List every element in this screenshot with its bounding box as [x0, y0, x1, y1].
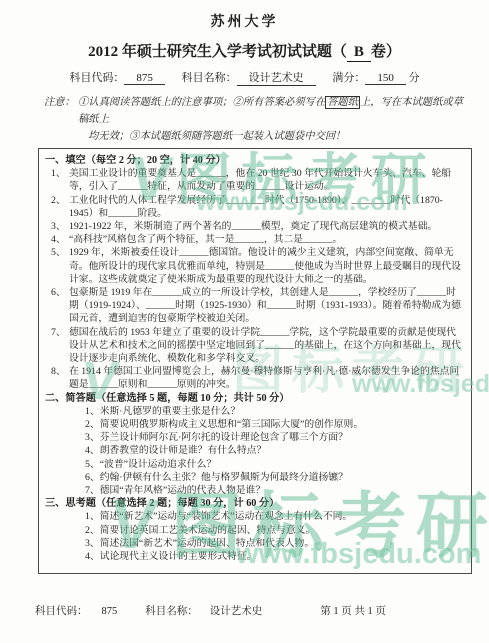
exam-title-suffix: 卷） — [371, 44, 401, 60]
question-text: 美国工业设计的重要奠基人是______，他在 20 世纪 30 年代开始设计火车… — [69, 167, 465, 193]
notice-line-2: 均无效；③本试题纸须随答题纸一起装入试题袋中交回！ — [78, 128, 463, 145]
footer-subject-name-label: 科目名称： — [145, 603, 198, 618]
question-number: 2、 — [79, 524, 100, 537]
question-number: 8、 — [45, 365, 69, 391]
question-number: 6、 — [79, 471, 100, 484]
footer-subject-code-label: 科目代码： — [35, 603, 88, 618]
question-text: 工业化时代的人体工程学发展经历了________时代（1750-1890）、__… — [69, 194, 465, 220]
fill-question-6: 6、 包豪斯是 1919 年在______成立的一所设计学校，其创建人是____… — [45, 286, 465, 326]
footer-subject-name-value: 设计艺术史 — [210, 603, 263, 618]
question-number: 7、 — [79, 484, 100, 497]
question-text: 简述法国“新艺术”运动的起因、特点和代表人物。 — [100, 537, 465, 550]
essay-question-2: 2、 简要讨论英国工艺美术运动的起因、特点与意义。 — [45, 524, 465, 537]
question-number: 2、 — [45, 194, 69, 220]
question-text: 德国在战后的 1953 年建立了重要的设计学院______学院，这个学院最重要的… — [69, 326, 465, 366]
full-score-value: 150 — [365, 72, 406, 85]
question-number: 7、 — [45, 326, 69, 366]
question-number: 1、 — [45, 167, 69, 193]
fill-question-3: 3、 1921-1922 年，米斯制造了两个著名的______模型，奠定了现代高… — [45, 220, 465, 233]
short-answer-question-2: 2、 简要说明俄罗斯构成主义思想和“第三国际大厦”的创作原则。 — [45, 418, 465, 431]
question-number: 6、 — [45, 286, 69, 326]
paper-variant: B — [347, 44, 371, 62]
essay-question-3: 3、 简述法国“新艺术”运动的起因、特点和代表人物。 — [45, 537, 465, 550]
fill-question-7: 7、 德国在战后的 1953 年建立了重要的设计学院______学院，这个学院最… — [45, 326, 465, 366]
question-number: 1、 — [79, 510, 100, 523]
question-text: “波普”设计运动追求什么？ — [100, 458, 465, 471]
question-number: 3、 — [79, 431, 100, 444]
question-area: 一、填空（每空 2 分；20 空，计 40 分） 1、 美国工业设计的重要奠基人… — [38, 148, 472, 574]
question-number: 4、 — [79, 550, 100, 563]
question-text: 试论现代主义设计的主要形式特征。 — [100, 550, 465, 563]
question-text: 简要说明俄罗斯构成主义思想和“第三国际大厦”的创作原则。 — [100, 418, 465, 431]
question-text: 包豪斯是 1919 年在______成立的一所设计学校，其创建人是______，… — [69, 286, 465, 326]
question-number: 4、 — [45, 233, 69, 246]
question-text: 1921-1922 年，米斯制造了两个著名的______模型，奠定了现代高层建筑… — [69, 220, 465, 233]
question-number: 5、 — [45, 246, 69, 286]
question-text: 简述“新艺术”运动与“装饰艺术”运动在观念上有什么不同。 — [100, 510, 465, 523]
question-text: “高科技”风格包含了两个特征，其一是______，其二是______。 — [69, 233, 465, 246]
subject-code-label: 科目代码： — [69, 72, 124, 84]
question-number: 5、 — [79, 458, 100, 471]
question-text: 简要讨论英国工艺美术运动的起因、特点与意义。 — [100, 524, 465, 537]
section-3-heading: 三、思考题（任意选择 2 题；每题 30 分，计 60 分） — [45, 497, 465, 510]
fill-question-4: 4、 “高科技”风格包含了两个特征，其一是______，其二是______。 — [45, 233, 465, 246]
score-unit: 分 — [409, 72, 420, 84]
fill-question-5: 5、 1929 年，米斯被委任设计______德国馆。他设计的减少主义建筑，内部… — [45, 246, 465, 286]
short-answer-question-5: 5、 “波普”设计运动追求什么？ — [45, 458, 465, 471]
exam-title: 2012 年硕士研究生入学考试初试试题（B卷） — [0, 40, 489, 62]
page-footer: 科目代码： 875 科目名称： 设计艺术史 第 1 页 共 1 页 — [35, 603, 465, 618]
subject-meta-line: 科目代码：875 科目名称：设计艺术史 满分：150 分 — [0, 69, 489, 86]
university-name: 苏州大学 — [0, 11, 489, 31]
essay-question-4: 4、 试论现代主义设计的主要形式特征。 — [45, 550, 465, 563]
page-number-info: 第 1 页 共 1 页 — [320, 603, 386, 618]
section-2-heading: 二、简答题（任意选择 5 题，每题 10 分；共计 50 分） — [45, 392, 465, 405]
question-number: 1、 — [79, 405, 100, 418]
footer-subject-code-value: 875 — [102, 606, 118, 617]
short-answer-question-4: 4、 朗香教堂的设计师是谁？有什么特点？ — [45, 444, 465, 457]
subject-name-label: 科目名称： — [182, 72, 237, 84]
subject-code-value: 875 — [124, 72, 165, 85]
short-answer-question-3: 3、 芬兰设计师阿尔瓦·阿尔托的设计理论包含了哪三个方面？ — [45, 431, 465, 444]
fill-question-2: 2、 工业化时代的人体工程学发展经历了________时代（1750-1890）… — [45, 194, 465, 220]
notice-label: 注意： — [44, 94, 75, 111]
short-answer-question-7: 7、 德国“青年风格”运动的代表人物是谁？ — [45, 484, 465, 497]
short-answer-question-1: 1、 米斯·凡德罗的重要主张是什么？ — [45, 405, 465, 418]
question-text: 约翰·伊顿有什么主张？他与格罗佩斯为何最终分道扬镳？ — [100, 471, 465, 484]
question-number: 4、 — [79, 444, 100, 457]
exam-notice: 注意： ①认真阅读答题纸上的注意事项；②所有答案必须写在答题纸上，写在本试题纸或… — [44, 94, 463, 145]
question-text: 芬兰设计师阿尔瓦·阿尔托的设计理论包含了哪三个方面？ — [100, 431, 465, 444]
question-text: 1929 年，米斯被委任设计______德国馆。他设计的减少主义建筑，内部空间宽… — [69, 246, 465, 286]
fill-question-8: 8、 在 1914 年德国工业同盟博览会上，赫尔曼·穆特修斯与亨利·凡·德·威尔… — [45, 365, 465, 391]
essay-question-1: 1、 简述“新艺术”运动与“装饰艺术”运动在观念上有什么不同。 — [45, 510, 465, 523]
notice-seg1: ①认真阅读答题纸上的注意事项；②所有答案必须写在 — [78, 97, 325, 108]
question-number: 3、 — [45, 220, 69, 233]
fill-question-1: 1、 美国工业设计的重要奠基人是______，他在 20 世纪 30 年代开始设… — [45, 167, 465, 193]
full-score-label: 满分： — [332, 72, 365, 84]
question-text: 朗香教堂的设计师是谁？有什么特点？ — [100, 444, 465, 457]
section-1-heading: 一、填空（每空 2 分；20 空，计 40 分） — [45, 154, 465, 167]
question-text: 在 1914 年德国工业同盟博览会上，赫尔曼·穆特修斯与亨利·凡·德·威尔德发生… — [69, 365, 465, 391]
short-answer-question-6: 6、 约翰·伊顿有什么主张？他与格罗佩斯为何最终分道扬镳？ — [45, 471, 465, 484]
question-number: 3、 — [79, 537, 100, 550]
subject-name-value: 设计艺术史 — [237, 69, 316, 86]
exam-title-prefix: 2012 年硕士研究生入学考试初试试题（ — [88, 44, 347, 60]
question-number: 2、 — [79, 418, 100, 431]
notice-line-1: ①认真阅读答题纸上的注意事项；②所有答案必须写在答题纸上，写在本试题纸或草稿纸上 — [78, 94, 463, 128]
question-text: 德国“青年风格”运动的代表人物是谁？ — [100, 484, 465, 497]
question-text: 米斯·凡德罗的重要主张是什么？ — [100, 405, 465, 418]
boxed-answer-sheet-term: 答题纸 — [325, 96, 360, 109]
